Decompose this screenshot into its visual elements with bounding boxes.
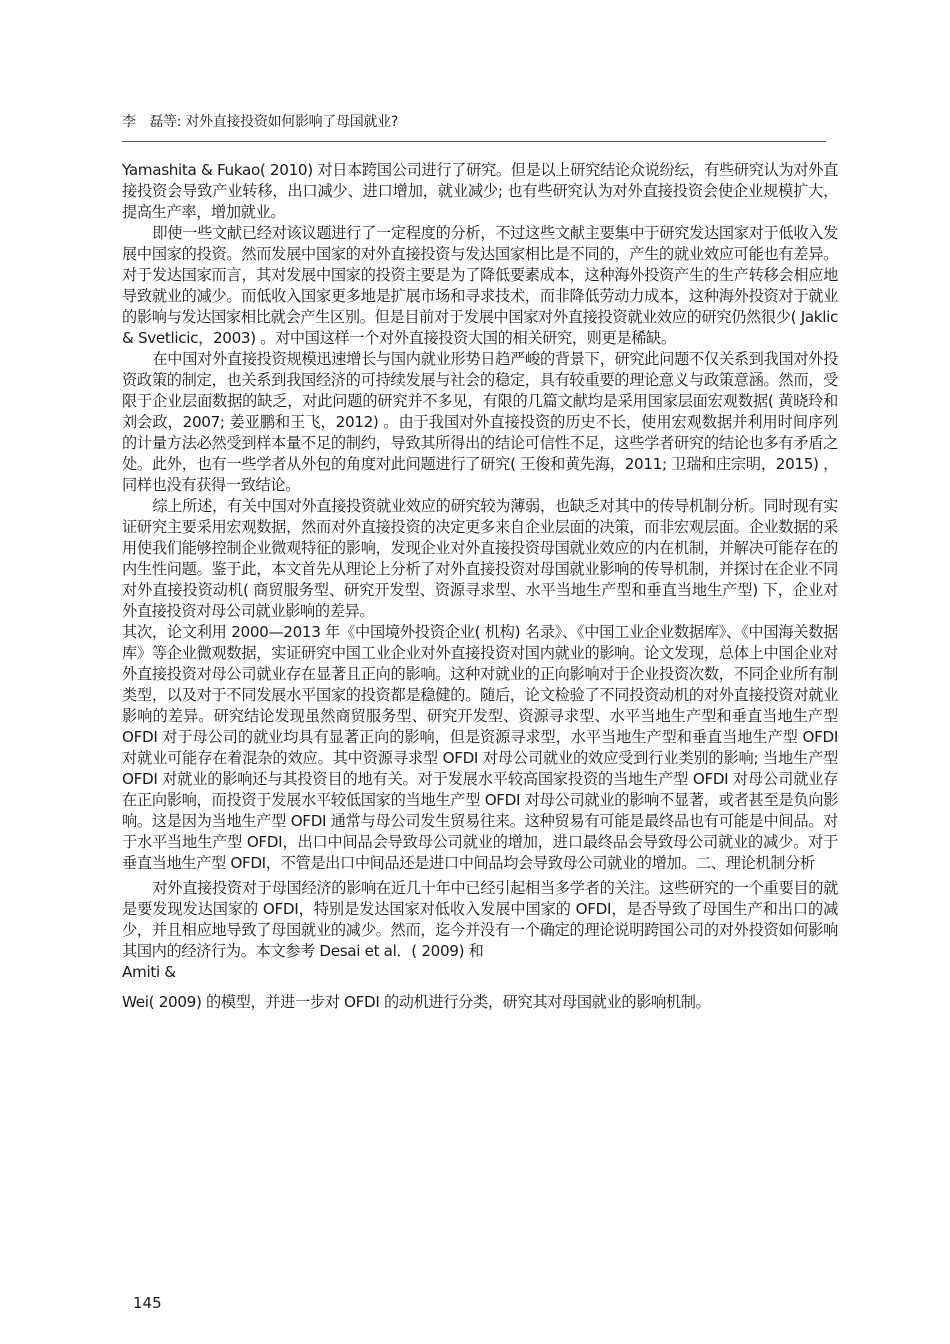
body-text: Yamashita & Fukao( 2010) 对日本跨国公司进行了研究。但是… bbox=[122, 160, 838, 1013]
paragraph-1: Yamashita & Fukao( 2010) 对日本跨国公司进行了研究。但是… bbox=[122, 160, 838, 223]
paragraph-3: 在中国对外直接投资规模迅速增长与国内就业形势日趋严峻的背景下，研究此问题不仅关系… bbox=[122, 349, 838, 496]
paragraph-6: 对外直接投资对于母国经济的影响在近几十年中已经引起相当多学者的关注。这些研究的一… bbox=[122, 878, 838, 962]
paragraph-4: 综上所述，有关中国对外直接投资就业效应的研究较为薄弱，也缺乏对其中的传导机制分析… bbox=[122, 496, 838, 622]
page-number: 145 bbox=[133, 1293, 162, 1313]
header-divider bbox=[122, 141, 826, 142]
paragraph-5: 其次，论文利用 2000—2013 年《中国境外投资企业( 机构) 名录》、《中… bbox=[122, 622, 838, 874]
running-header: 李 磊等: 对外直接投资如何影响了母国就业? bbox=[122, 112, 826, 132]
paragraph-7: Amiti & bbox=[122, 962, 838, 983]
paragraph-8: Wei( 2009) 的模型，并进一步对 OFDI 的动机进行分类，研究其对母国… bbox=[122, 992, 838, 1013]
paragraph-2: 即使一些文献已经对该议题进行了一定程度的分析，不过这些文献主要集中于研究发达国家… bbox=[122, 223, 838, 349]
